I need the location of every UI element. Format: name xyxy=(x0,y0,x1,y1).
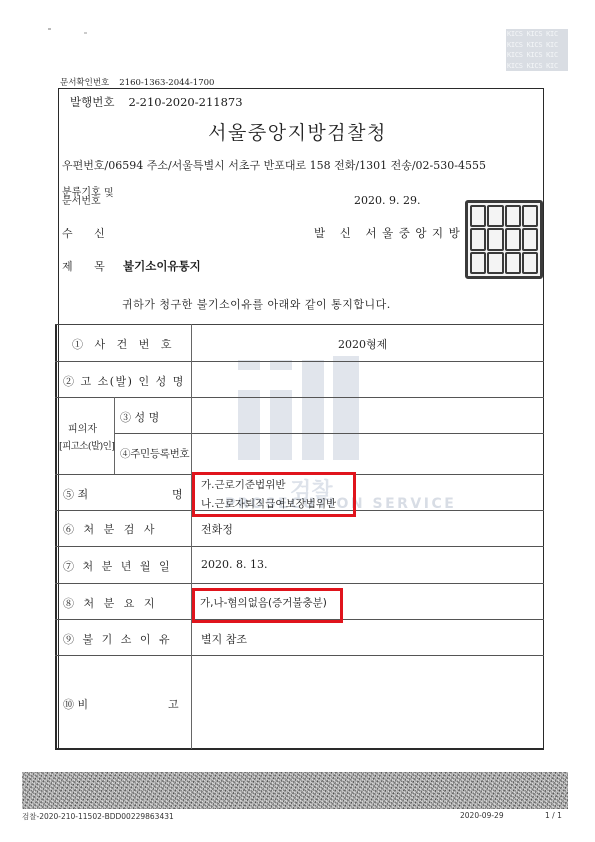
disposition-highlight-box xyxy=(192,588,343,623)
label-remarks-end: 고 xyxy=(168,696,179,712)
label-suspect-group: 피의자 xyxy=(68,420,97,435)
doc-confirm-label: 문서확인번호 xyxy=(60,78,109,88)
label-suspect-name: ③ 성 명 xyxy=(120,409,159,425)
row-divider xyxy=(55,397,544,398)
footer-page-number: 1 / 1 xyxy=(545,811,562,820)
scan-speck xyxy=(84,32,87,34)
label-nonprosecution-reason: ⑨ 불 기 소 이 유 xyxy=(63,631,170,647)
scan-speck xyxy=(48,28,51,30)
notice-text: 귀하가 청구한 불기소이유를 아래와 같이 통지합니다. xyxy=(122,296,391,312)
label-resident-number: ④주민등록번호 xyxy=(120,446,189,461)
label-disposition-date: ⑦ 처 분 년 월 일 xyxy=(63,558,170,574)
issue-number-value: 2-210-2020-211873 xyxy=(128,95,242,109)
column-divider xyxy=(114,397,115,474)
value-case-number: 2020형제 xyxy=(338,336,387,352)
label-remarks: ⑩ 비 xyxy=(63,696,88,712)
doc-confirm-value: 2160-1363-2044-1700 xyxy=(119,78,214,88)
table-top-border xyxy=(55,324,544,325)
recipient-label: 수 신 xyxy=(62,225,105,241)
label-prosecutor: ⑥ 처 분 검 사 xyxy=(63,521,155,537)
value-nonprosecution-reason: 별지 참조 xyxy=(201,631,247,647)
row-divider xyxy=(55,546,544,547)
charge-highlight-box xyxy=(192,472,356,517)
subject-label: 제 목 xyxy=(62,258,105,274)
label-charge: ⑤ 죄 xyxy=(63,486,88,502)
subject-value: 불기소이유통지 xyxy=(123,258,201,274)
security-barcode-band xyxy=(22,772,568,809)
row-divider xyxy=(114,433,544,434)
footer-date: 2020-09-29 xyxy=(460,811,504,820)
label-charge-end: 명 xyxy=(172,486,183,502)
issue-number-label: 발행번호 xyxy=(70,95,114,109)
label-disposition-summary: ⑧ 처 분 요 지 xyxy=(63,595,155,611)
label-suspect-group-sub: [피고소(발)인] xyxy=(59,438,114,452)
kics-security-mark: KICS KICS KIC KICS KICS KIC KICS KICS KI… xyxy=(506,29,568,71)
document-confirmation-number: 문서확인번호2160-1363-2044-1700 xyxy=(60,76,214,88)
table-left-border xyxy=(55,324,57,749)
prosecution-logo-watermark xyxy=(238,356,363,476)
column-divider xyxy=(191,324,192,749)
value-prosecutor: 전화정 xyxy=(201,521,233,537)
table-bottom-border xyxy=(55,748,544,750)
row-divider xyxy=(55,361,544,362)
classification-label-line2: 문서번호 xyxy=(62,197,101,206)
footer-document-id: 검찰-2020-210-11502-BDD00229863431 xyxy=(22,811,174,822)
issue-number: 발행번호2-210-2020-211873 xyxy=(70,94,243,110)
document-date: 2020. 9. 29. xyxy=(354,194,420,207)
row-divider xyxy=(55,583,544,584)
value-disposition-date: 2020. 8. 13. xyxy=(201,558,267,571)
address-line: 우편번호/06594 주소/서울특별시 서초구 반포대로 158 전화/1301… xyxy=(62,157,486,173)
classification-label: 분류기호 문서번호 및 xyxy=(62,188,101,206)
official-seal-icon xyxy=(465,200,543,279)
classification-and: 및 xyxy=(104,189,114,198)
label-complainant-name: ② 고 소(발) 인 성 명 xyxy=(63,373,185,389)
row-divider xyxy=(55,655,544,656)
organization-title: 서울중앙지방검찰청 xyxy=(0,118,595,145)
label-case-number: ① 사 건 번 호 xyxy=(72,336,172,352)
